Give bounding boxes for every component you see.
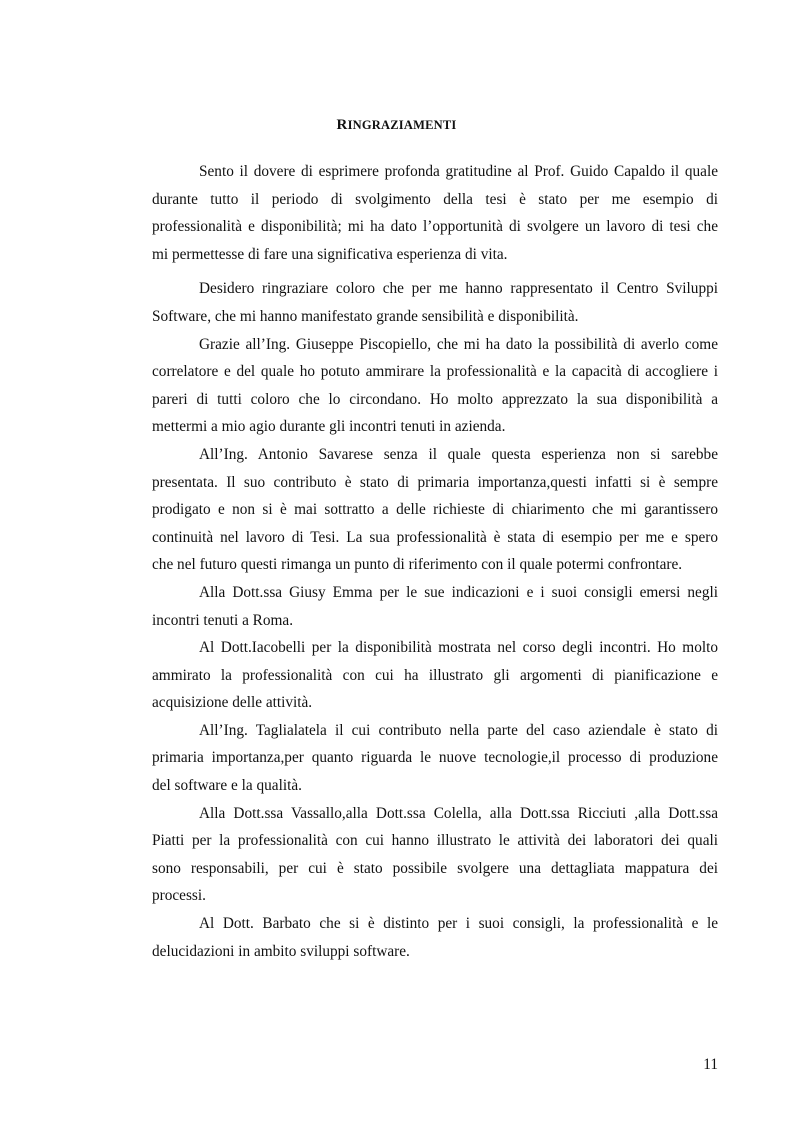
text-line: ammirato la professionalità con cui ha i… [152, 662, 718, 690]
text-line: presentata. Il suo contributo è stato di… [152, 469, 718, 497]
text-line: processi. [152, 882, 718, 910]
text-line: continuità nel lavoro di Tesi. La sua pr… [152, 524, 718, 552]
title-rest: INGRAZIAMENTI [348, 118, 457, 132]
text-line: Piatti per la professionalità con cui ha… [152, 827, 718, 855]
paragraph-laboratori: Alla Dott.ssa Vassallo,alla Dott.ssa Col… [152, 800, 718, 910]
text-line: incontri tenuti a Roma. [152, 607, 718, 635]
paragraph-piscopiello: Grazie all’Ing. Giuseppe Piscopiello, ch… [152, 331, 718, 441]
text-line: mettermi a mio agio durante gli incontri… [152, 413, 718, 441]
text-line: Al Dott.Iacobelli per la disponibilità m… [152, 634, 718, 662]
text-line: sono responsabili, per cui è stato possi… [152, 855, 718, 883]
text-line: correlatore e del quale ho potuto ammira… [152, 358, 718, 386]
text-line: prodigato e non si è mai sottratto a del… [152, 496, 718, 524]
paragraph-emma: Alla Dott.ssa Giusy Emma per le sue indi… [152, 579, 718, 634]
title-initial: R [337, 117, 348, 133]
text-line: acquisizione delle attività. [152, 689, 718, 717]
paragraph-gap [152, 268, 718, 275]
text-line: Al Dott. Barbato che si è distinto per i… [152, 910, 718, 938]
page-title: RINGRAZIAMENTI [0, 117, 793, 134]
text-line: primaria importanza,per quanto riguarda … [152, 744, 718, 772]
paragraph-capaldo: Sento il dovere di esprimere profonda gr… [152, 158, 718, 268]
text-line: durante tutto il periodo di svolgimento … [152, 186, 718, 214]
paragraph-centro-sviluppi: Desidero ringraziare coloro che per me h… [152, 275, 718, 330]
text-line: Grazie all’Ing. Giuseppe Piscopiello, ch… [152, 331, 718, 359]
text-line: che nel futuro questi rimanga un punto d… [152, 551, 718, 579]
paragraph-iacobelli: Al Dott.Iacobelli per la disponibilità m… [152, 634, 718, 717]
text-line: mi permettesse di fare una significativa… [152, 241, 718, 269]
document-page: RINGRAZIAMENTI Sento il dovere di esprim… [0, 0, 793, 1123]
paragraph-barbato: Al Dott. Barbato che si è distinto per i… [152, 910, 718, 965]
text-line: Sento il dovere di esprimere profonda gr… [152, 158, 718, 186]
text-line: Alla Dott.ssa Giusy Emma per le sue indi… [152, 579, 718, 607]
paragraph-taglialatela: All’Ing. Taglialatela il cui contributo … [152, 717, 718, 800]
text-line: Desidero ringraziare coloro che per me h… [152, 275, 718, 303]
text-line: All’Ing. Antonio Savarese senza il quale… [152, 441, 718, 469]
text-line: Software, che mi hanno manifestato grand… [152, 303, 718, 331]
text-line: delucidazioni in ambito sviluppi softwar… [152, 938, 718, 966]
text-line: Alla Dott.ssa Vassallo,alla Dott.ssa Col… [152, 800, 718, 828]
document-body: Sento il dovere di esprimere profonda gr… [152, 158, 718, 965]
text-line: All’Ing. Taglialatela il cui contributo … [152, 717, 718, 745]
text-line: professionalità e disponibilità; mi ha d… [152, 213, 718, 241]
paragraph-savarese: All’Ing. Antonio Savarese senza il quale… [152, 441, 718, 579]
text-line: del software e la qualità. [152, 772, 718, 800]
text-line: pareri di tutti coloro che lo circondano… [152, 386, 718, 414]
page-number: 11 [640, 1056, 718, 1074]
